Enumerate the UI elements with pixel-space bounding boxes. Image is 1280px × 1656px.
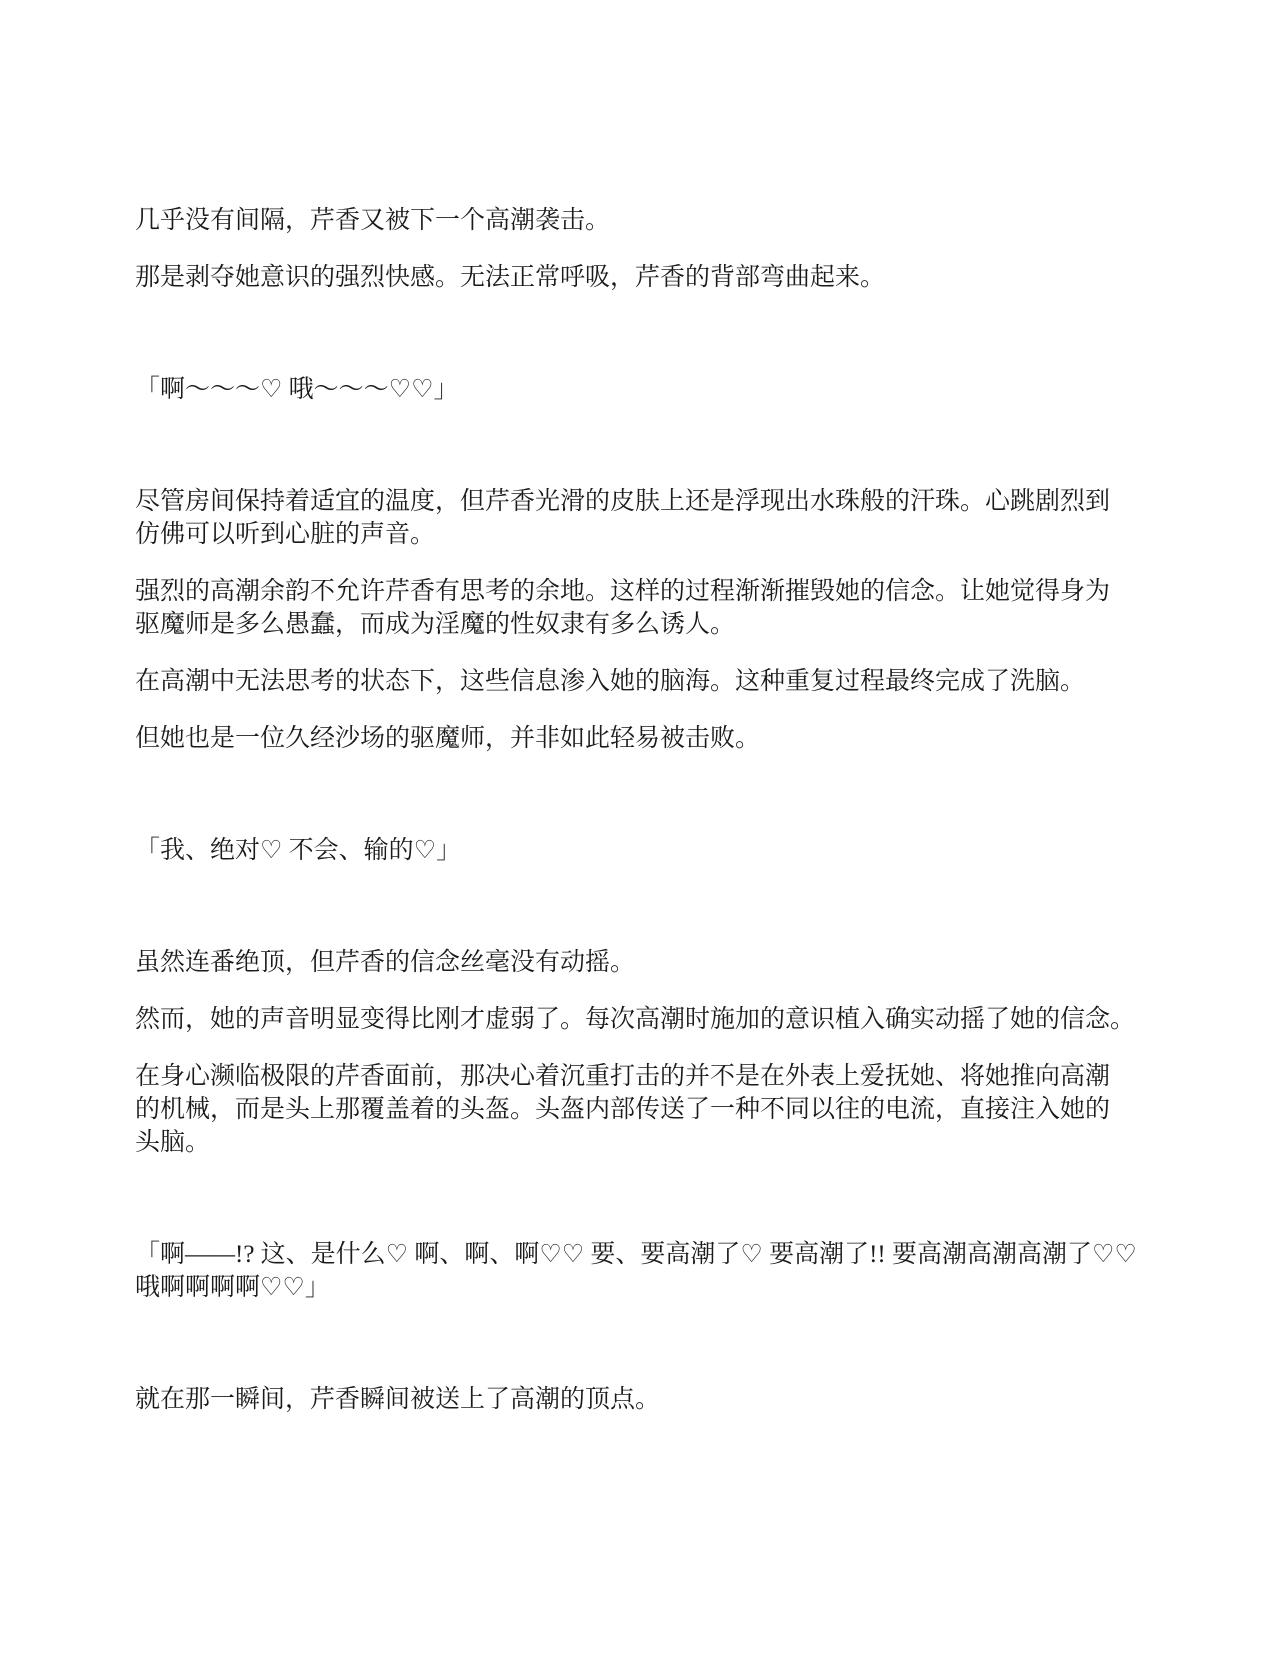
novel-text-body: 几乎没有间隔，芹香又被下一个高潮袭击。那是剥夺她意识的强烈快感。无法正常呼吸，芹… xyxy=(135,204,1147,1416)
narration-paragraph: 几乎没有间隔，芹香又被下一个高潮袭击。 xyxy=(135,204,1147,237)
narration-paragraph: 在高潮中无法思考的状态下，这些信息渗入她的脑海。这种重复过程最终完成了洗脑。 xyxy=(135,665,1147,698)
dialogue-paragraph: 「啊——!? 这、是什么♡ 啊、啊、啊♡♡ 要、要高潮了♡ 要高潮了!! 要高潮… xyxy=(135,1238,1147,1304)
narration-paragraph: 那是剥夺她意识的强烈快感。无法正常呼吸，芹香的背部弯曲起来。 xyxy=(135,261,1147,294)
narration-paragraph: 虽然连番绝顶，但芹香的信念丝毫没有动摇。 xyxy=(135,946,1147,979)
narration-paragraph: 然而，她的声音明显变得比刚才虚弱了。每次高潮时施加的意识植入确实动摇了她的信念。 xyxy=(135,1003,1147,1036)
narration-paragraph: 就在那一瞬间，芹香瞬间被送上了高潮的顶点。 xyxy=(135,1383,1147,1416)
narration-paragraph: 尽管房间保持着适宜的温度，但芹香光滑的皮肤上还是浮现出水珠般的汗珠。心跳剧烈到 … xyxy=(135,485,1147,551)
document-page: 几乎没有间隔，芹香又被下一个高潮袭击。那是剥夺她意识的强烈快感。无法正常呼吸，芹… xyxy=(0,0,1280,1656)
dialogue-paragraph: 「啊～～～♡ 哦～～～♡♡」 xyxy=(135,373,1147,406)
dialogue-paragraph: 「我、绝对♡ 不会、输的♡」 xyxy=(135,834,1147,867)
narration-paragraph: 但她也是一位久经沙场的驱魔师，并非如此轻易被击败。 xyxy=(135,722,1147,755)
narration-paragraph: 在身心濒临极限的芹香面前，那决心着沉重打击的并不是在外表上爱抚她、将她推向高潮 … xyxy=(135,1060,1147,1159)
narration-paragraph: 强烈的高潮余韵不允许芹香有思考的余地。这样的过程渐渐摧毁她的信念。让她觉得身为 … xyxy=(135,575,1147,641)
